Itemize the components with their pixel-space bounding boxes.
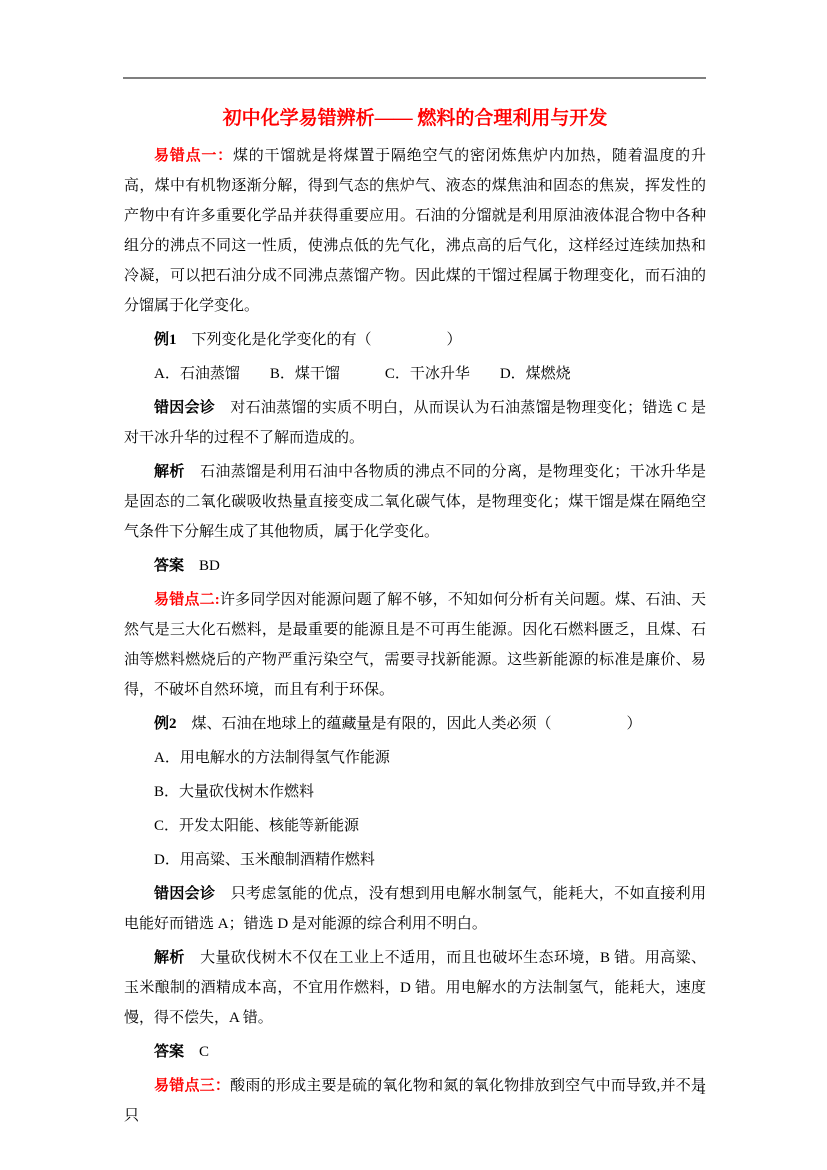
- example1-text: 下列变化是化学变化的有（ ）: [177, 332, 462, 348]
- diagnosis1-paragraph: 错因会诊 对石油蒸馏的实质不明白，从而误认为石油蒸馏是物理变化；错选 C 是对干…: [124, 393, 706, 453]
- answer2-value: C: [184, 1044, 209, 1060]
- page-number: 1: [124, 1082, 706, 1100]
- diagnosis2-label: 错因会诊: [154, 886, 215, 902]
- example1-label: 例1: [154, 332, 177, 348]
- point3-paragraph: 易错点三：酸雨的形成主要是硫的氧化物和氮的氧化物排放到空气中而导致,并不是只: [124, 1071, 706, 1131]
- point1-text: 煤的干馏就是将煤置于隔绝空气的密闭炼焦炉内加热，随着温度的升高，煤中有机物逐渐分…: [124, 148, 706, 314]
- answer2-paragraph: 答案 C: [124, 1037, 706, 1067]
- point1-label: 易错点一：: [154, 148, 233, 164]
- analysis2-text: 大量砍伐树木不仅在工业上不适用，而且也破坏生态环境，B 错。用高粱、玉米酿制的酒…: [124, 950, 706, 1026]
- point2-paragraph: 易错点二:许多同学因对能源问题了解不够，不知如何分析有关问题。煤、石油、天然气是…: [124, 585, 706, 705]
- analysis1-label: 解析: [154, 464, 185, 480]
- header-divider-line: [123, 77, 706, 79]
- diagnosis1-label: 错因会诊: [154, 400, 215, 416]
- example1-question: 例1 下列变化是化学变化的有（ ）: [124, 325, 706, 355]
- point1-paragraph: 易错点一：煤的干馏就是将煤置于隔绝空气的密闭炼焦炉内加热，随着温度的升高，煤中有…: [124, 141, 706, 321]
- answer1-paragraph: 答案 BD: [124, 551, 706, 581]
- document-page: 初中化学易错辨析—— 燃料的合理利用与开发 易错点一：煤的干馏就是将煤置于隔绝空…: [0, 0, 827, 1170]
- point2-label: 易错点二:: [154, 592, 220, 608]
- example1-options-line: A．石油蒸馏 B．煤干馏 C．干冰升华 D．煤燃烧: [124, 359, 706, 389]
- analysis1-paragraph: 解析 石油蒸馏是利用石油中各物质的沸点不同的分离，是物理变化；干冰升华是是固态的…: [124, 457, 706, 547]
- answer1-value: BD: [184, 558, 220, 574]
- analysis2-label: 解析: [154, 950, 185, 966]
- example2-option-d: D．用高粱、玉米酿制酒精作燃料: [124, 845, 706, 875]
- diagnosis2-paragraph: 错因会诊 只考虑氢能的优点，没有想到用电解水制氢气，能耗大，不如直接利用电能好而…: [124, 879, 706, 939]
- analysis1-text: 石油蒸馏是利用石油中各物质的沸点不同的分离，是物理变化；干冰升华是是固态的二氧化…: [124, 464, 706, 540]
- answer1-label: 答案: [154, 558, 184, 574]
- example2-label: 例2: [154, 716, 177, 732]
- document-body: 初中化学易错辨析—— 燃料的合理利用与开发 易错点一：煤的干馏就是将煤置于隔绝空…: [124, 102, 706, 1135]
- example2-text: 煤、石油在地球上的蕴藏量是有限的，因此人类必须（ ）: [177, 716, 642, 732]
- analysis2-paragraph: 解析 大量砍伐树木不仅在工业上不适用，而且也破坏生态环境，B 错。用高粱、玉米酿…: [124, 943, 706, 1033]
- example2-option-a: A．用电解水的方法制得氢气作能源: [124, 743, 706, 773]
- example2-question: 例2 煤、石油在地球上的蕴藏量是有限的，因此人类必须（ ）: [124, 709, 706, 739]
- answer2-label: 答案: [154, 1044, 184, 1060]
- page-title: 初中化学易错辨析—— 燃料的合理利用与开发: [124, 102, 706, 136]
- example2-option-b: B．大量砍伐树木作燃料: [124, 777, 706, 807]
- example2-option-c: C．开发太阳能、核能等新能源: [124, 811, 706, 841]
